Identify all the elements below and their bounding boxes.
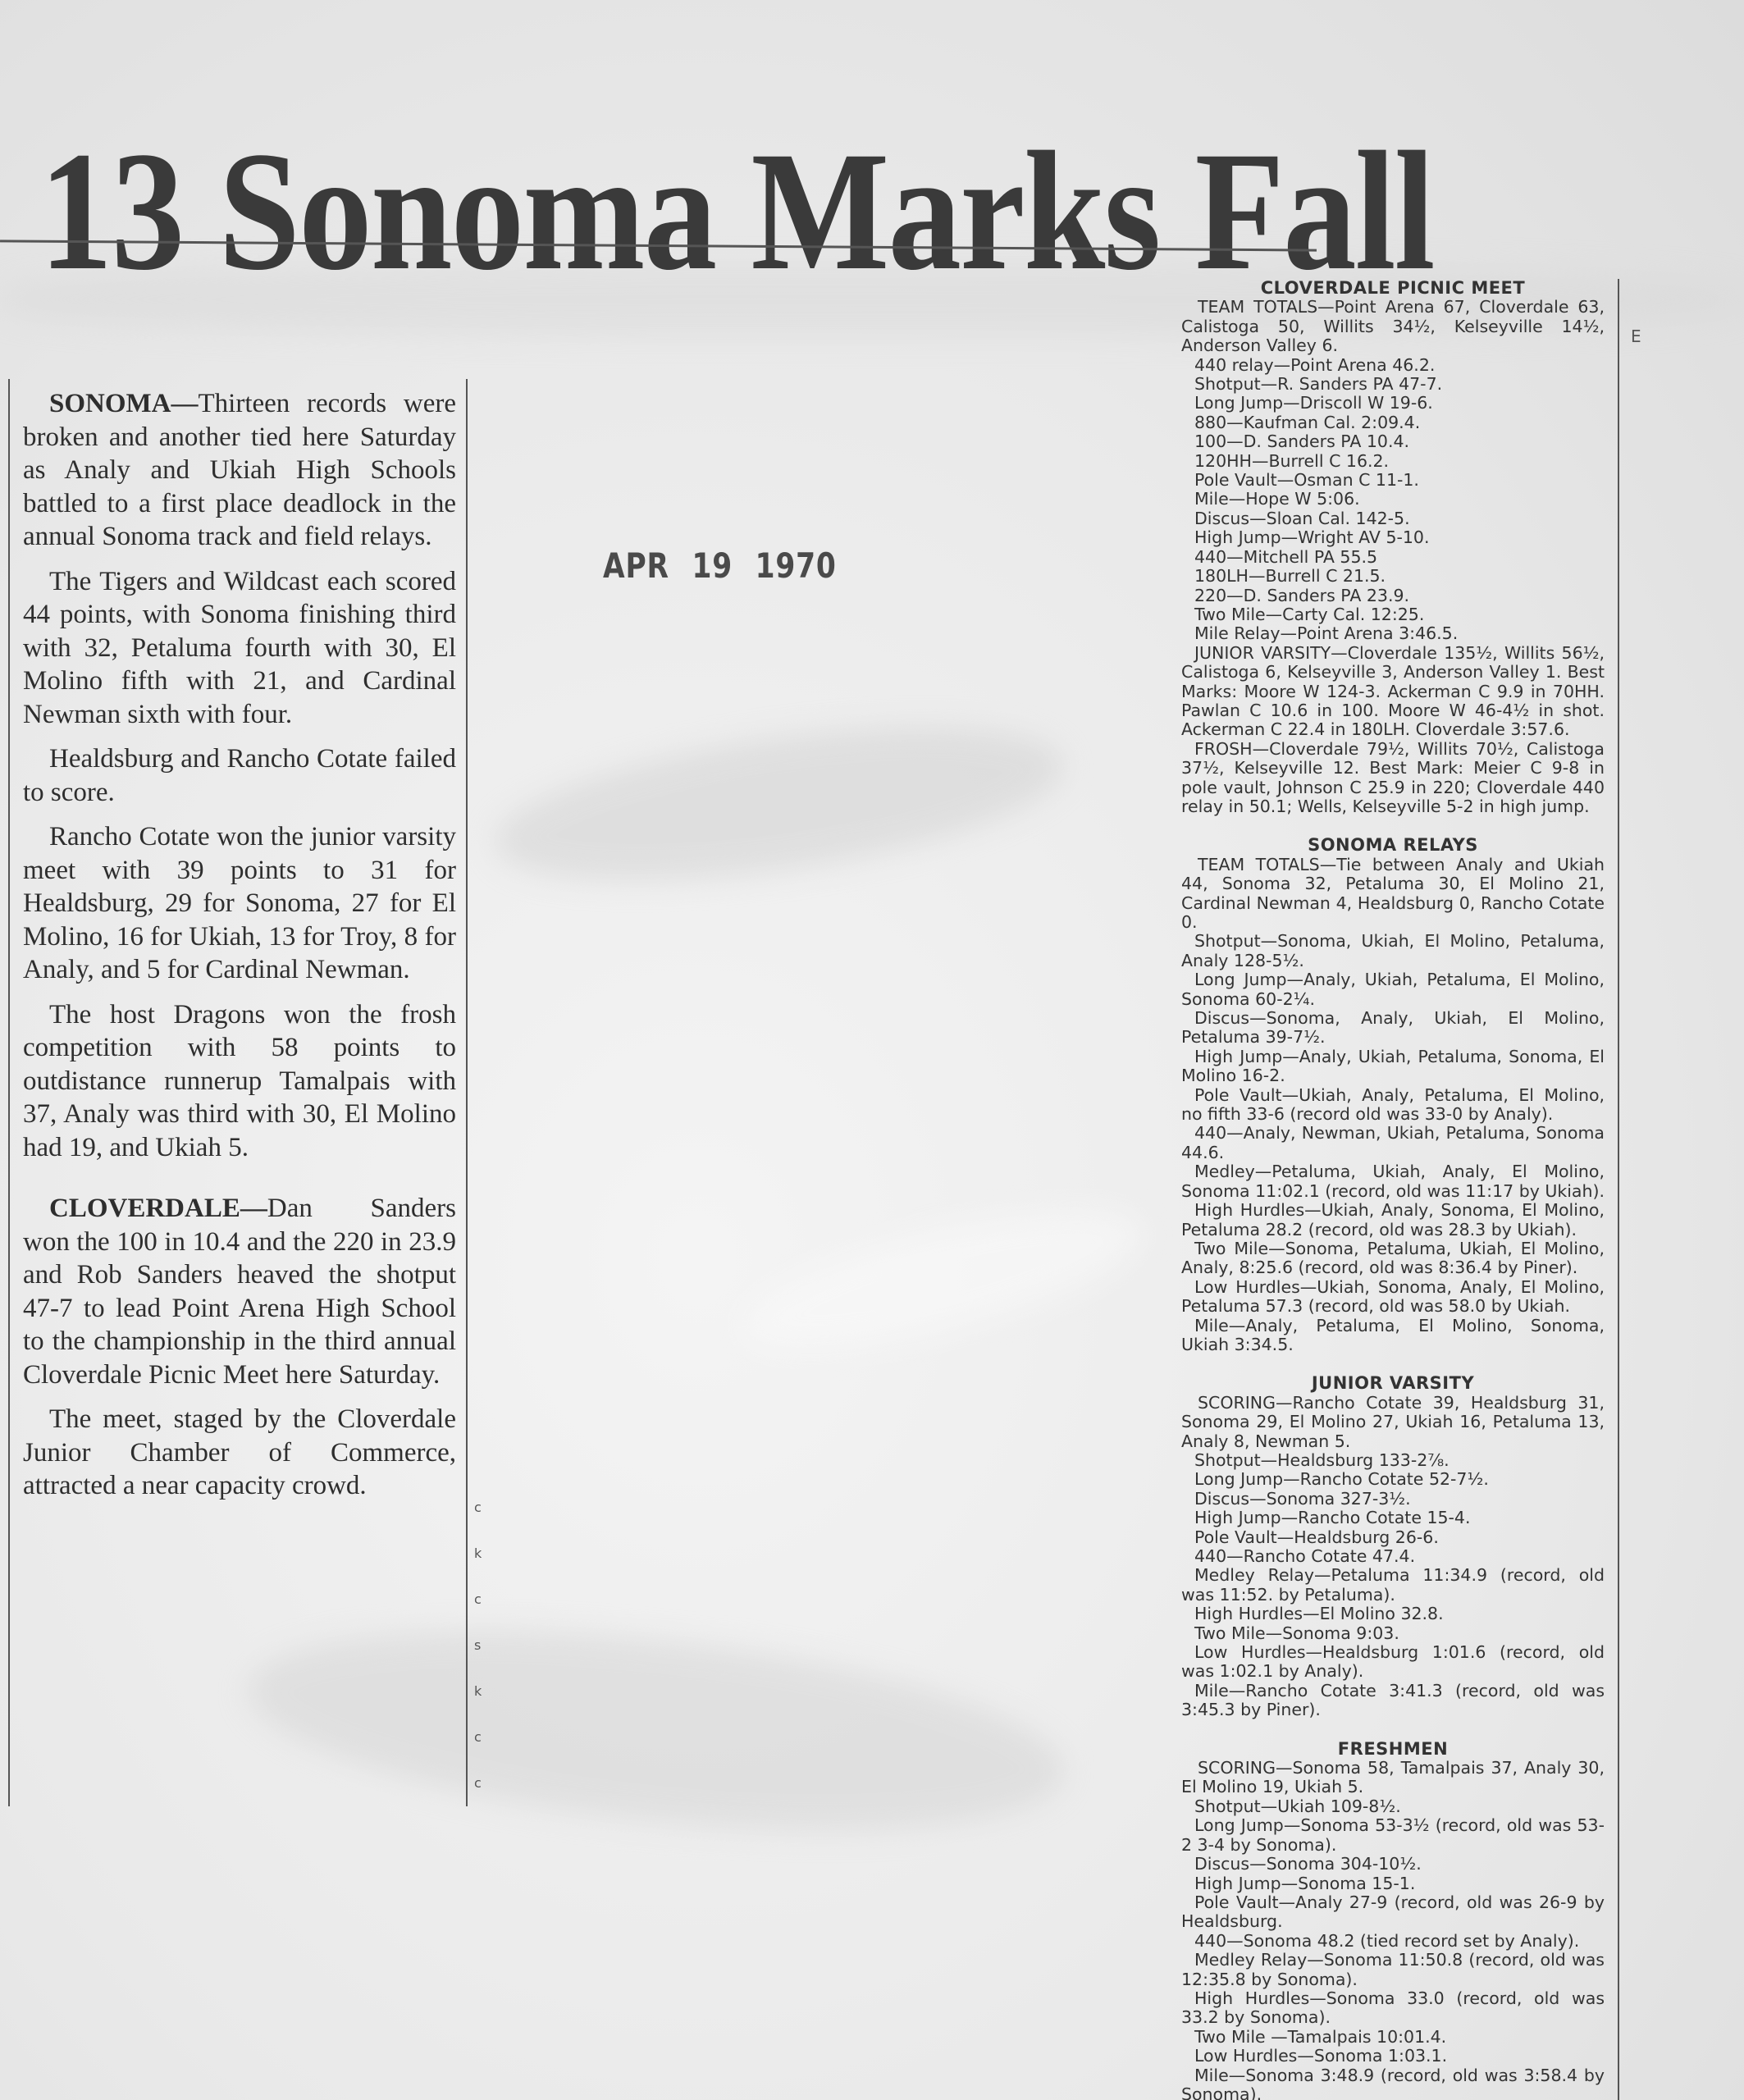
section-heading: SONOMA RELAYS bbox=[1181, 836, 1605, 855]
result-line: Low Hurdles—Ukiah, Sonoma, Analy, El Mol… bbox=[1181, 1278, 1605, 1317]
gutter-letter: s bbox=[474, 1623, 491, 1669]
story-paragraph: The meet, staged by the Cloverdale Junio… bbox=[23, 1403, 456, 1503]
paragraph-text: Healdsburg and Rancho Cotate failed to s… bbox=[23, 744, 456, 807]
result-line: 440—Mitchell PA 55.5 bbox=[1181, 548, 1605, 567]
result-line: 100—D. Sanders PA 10.4. bbox=[1181, 432, 1605, 451]
result-line: Two Mile—Sonoma, Petaluma, Ukiah, El Mol… bbox=[1181, 1239, 1605, 1278]
results-section-freshmen: FRESHMEN SCORING—Sonoma 58, Tamalpais 37… bbox=[1181, 1740, 1605, 2100]
dateline: SONOMA— bbox=[49, 389, 199, 418]
result-line: Mile—Sonoma 3:48.9 (record, old was 3:58… bbox=[1181, 2066, 1605, 2100]
result-lines: SCORING—Sonoma 58, Tamalpais 37, Analy 3… bbox=[1181, 1759, 1605, 2100]
result-line: High Hurdles—Sonoma 33.0 (record, old wa… bbox=[1181, 1989, 1605, 2028]
result-line: High Jump—Sonoma 15-1. bbox=[1181, 1874, 1605, 1893]
result-line: High Hurdles—Ukiah, Analy, Sonoma, El Mo… bbox=[1181, 1201, 1605, 1239]
result-line: Pole Vault—Ukiah, Analy, Petaluma, El Mo… bbox=[1181, 1086, 1605, 1125]
result-line: Shotput—Healdsburg 133-2⅞. bbox=[1181, 1451, 1605, 1470]
dateline: CLOVERDALE— bbox=[49, 1194, 267, 1223]
result-line: Discus—Sonoma 304-10½. bbox=[1181, 1855, 1605, 1874]
result-line: Medley—Petaluma, Ukiah, Analy, El Molino… bbox=[1181, 1162, 1605, 1201]
results-column: CLOVERDALE PICNIC MEET TEAM TOTALS—Point… bbox=[1181, 279, 1619, 2100]
results-section-junior-varsity: JUNIOR VARSITY SCORING—Rancho Cotate 39,… bbox=[1181, 1374, 1605, 1719]
paragraph-text: The host Dragons won the frosh competiti… bbox=[23, 1000, 456, 1162]
date-stamp: APR 19 1970 bbox=[603, 546, 837, 586]
gutter-letter: E bbox=[1631, 312, 1647, 361]
gutter-letter: c bbox=[474, 1760, 491, 1806]
result-line: Discus—Sloan Cal. 142-5. bbox=[1181, 509, 1605, 528]
result-line: Pole Vault—Healdsburg 26-6. bbox=[1181, 1528, 1605, 1547]
result-line: Discus—Sonoma, Analy, Ukiah, El Molino, … bbox=[1181, 1009, 1605, 1048]
result-line: 220—D. Sanders PA 23.9. bbox=[1181, 587, 1605, 605]
result-line: Low Hurdles—Sonoma 1:03.1. bbox=[1181, 2047, 1605, 2066]
story-column: SONOMA—Thirteen records were broken and … bbox=[8, 379, 468, 1806]
result-line: Shotput—Ukiah 109-8½. bbox=[1181, 1797, 1605, 1816]
result-line: Mile Relay—Point Arena 3:46.5. bbox=[1181, 624, 1605, 643]
result-line: High Jump—Wright AV 5-10. bbox=[1181, 528, 1605, 547]
result-line: Mile—Analy, Petaluma, El Molino, Sonoma,… bbox=[1181, 1317, 1605, 1355]
section-heading: JUNIOR VARSITY bbox=[1181, 1374, 1605, 1393]
result-line: Shotput—Sonoma, Ukiah, El Molino, Petalu… bbox=[1181, 932, 1605, 970]
result-line: 440—Analy, Newman, Ukiah, Petaluma, Sono… bbox=[1181, 1124, 1605, 1162]
result-line: Two Mile—Carty Cal. 12:25. bbox=[1181, 605, 1605, 624]
right-gutter-fragments: E bbox=[1631, 312, 1647, 361]
result-line: Low Hurdles—Healdsburg 1:01.6 (record, o… bbox=[1181, 1643, 1605, 1682]
result-line: Long Jump—Rancho Cotate 52-7½. bbox=[1181, 1470, 1605, 1489]
result-line: Pole Vault—Analy 27-9 (record, old was 2… bbox=[1181, 1893, 1605, 1932]
story-paragraph: CLOVERDALE—Dan Sanders won the 100 in 10… bbox=[23, 1192, 456, 1391]
result-line: Two Mile —Tamalpais 10:01.4. bbox=[1181, 2028, 1605, 2047]
gutter-letter: k bbox=[474, 1531, 491, 1577]
result-line: TEAM TOTALS—Tie between Analy and Ukiah … bbox=[1181, 856, 1605, 933]
story-paragraph: Rancho Cotate won the junior varsity mee… bbox=[23, 820, 456, 987]
story-paragraph: The Tigers and Wildcast each scored 44 p… bbox=[23, 565, 456, 732]
result-lines: TEAM TOTALS—Point Arena 67, Cloverdale 6… bbox=[1181, 298, 1605, 816]
result-line: SCORING—Sonoma 58, Tamalpais 37, Analy 3… bbox=[1181, 1759, 1605, 1797]
headline: 13 Sonoma Marks Fall bbox=[39, 126, 1434, 296]
paper-crease bbox=[486, 699, 1072, 909]
result-line: Long Jump—Sonoma 53-3½ (record, old was … bbox=[1181, 1816, 1605, 1855]
result-line: High Jump—Rancho Cotate 15-4. bbox=[1181, 1509, 1605, 1527]
story-paragraph: SONOMA—Thirteen records were broken and … bbox=[23, 387, 456, 554]
left-gutter-fragments: ckcskcc bbox=[474, 1485, 491, 1806]
result-line: JUNIOR VARSITY—Cloverdale 135½, Willits … bbox=[1181, 644, 1605, 740]
result-line: High Jump—Analy, Ukiah, Petaluma, Sonoma… bbox=[1181, 1048, 1605, 1086]
result-line: Shotput—R. Sanders PA 47-7. bbox=[1181, 375, 1605, 394]
result-line: Pole Vault—Osman C 11-1. bbox=[1181, 471, 1605, 490]
result-line: Mile—Hope W 5:06. bbox=[1181, 490, 1605, 509]
results-section-cloverdale: CLOVERDALE PICNIC MEET TEAM TOTALS—Point… bbox=[1181, 279, 1605, 816]
result-lines: TEAM TOTALS—Tie between Analy and Ukiah … bbox=[1181, 856, 1605, 1355]
result-line: Medley Relay—Sonoma 11:50.8 (record, old… bbox=[1181, 1951, 1605, 1989]
paper-highlight bbox=[733, 1182, 1154, 1376]
results-section-sonoma-relays: SONOMA RELAYS TEAM TOTALS—Tie between An… bbox=[1181, 836, 1605, 1354]
result-line: Long Jump—Driscoll W 19-6. bbox=[1181, 394, 1605, 413]
result-line: 120HH—Burrell C 16.2. bbox=[1181, 452, 1605, 471]
section-heading: CLOVERDALE PICNIC MEET bbox=[1181, 279, 1605, 298]
result-line: 180LH—Burrell C 21.5. bbox=[1181, 567, 1605, 586]
story-paragraph: The host Dragons won the frosh competiti… bbox=[23, 998, 456, 1165]
result-line: 440—Rancho Cotate 47.4. bbox=[1181, 1547, 1605, 1566]
result-line: SCORING—Rancho Cotate 39, Healdsburg 31,… bbox=[1181, 1394, 1605, 1451]
gutter-letter: c bbox=[474, 1577, 491, 1623]
paragraph-text: The Tigers and Wildcast each scored 44 p… bbox=[23, 567, 456, 729]
gutter-letter: k bbox=[474, 1669, 491, 1714]
result-line: 880—Kaufman Cal. 2:09.4. bbox=[1181, 413, 1605, 432]
result-line: Mile—Rancho Cotate 3:41.3 (record, old w… bbox=[1181, 1682, 1605, 1720]
result-line: 440 relay—Point Arena 46.2. bbox=[1181, 356, 1605, 375]
result-lines: SCORING—Rancho Cotate 39, Healdsburg 31,… bbox=[1181, 1394, 1605, 1720]
section-heading: FRESHMEN bbox=[1181, 1740, 1605, 1759]
result-line: Two Mile—Sonoma 9:03. bbox=[1181, 1624, 1605, 1643]
result-line: TEAM TOTALS—Point Arena 67, Cloverdale 6… bbox=[1181, 298, 1605, 355]
result-line: Medley Relay—Petaluma 11:34.9 (record, o… bbox=[1181, 1566, 1605, 1605]
gutter-letter: c bbox=[474, 1714, 491, 1760]
paragraph-text: The meet, staged by the Cloverdale Junio… bbox=[23, 1404, 456, 1500]
story-paragraph: Healdsburg and Rancho Cotate failed to s… bbox=[23, 742, 456, 809]
result-line: FROSH—Cloverdale 79½, Willits 70½, Calis… bbox=[1181, 740, 1605, 817]
gutter-letter: c bbox=[474, 1485, 491, 1531]
result-line: Discus—Sonoma 327-3½. bbox=[1181, 1490, 1605, 1509]
paragraph-text: Rancho Cotate won the junior varsity mee… bbox=[23, 822, 456, 984]
result-line: High Hurdles—El Molino 32.8. bbox=[1181, 1605, 1605, 1623]
result-line: Long Jump—Analy, Ukiah, Petaluma, El Mol… bbox=[1181, 970, 1605, 1009]
result-line: 440—Sonoma 48.2 (tied record set by Anal… bbox=[1181, 1932, 1605, 1951]
